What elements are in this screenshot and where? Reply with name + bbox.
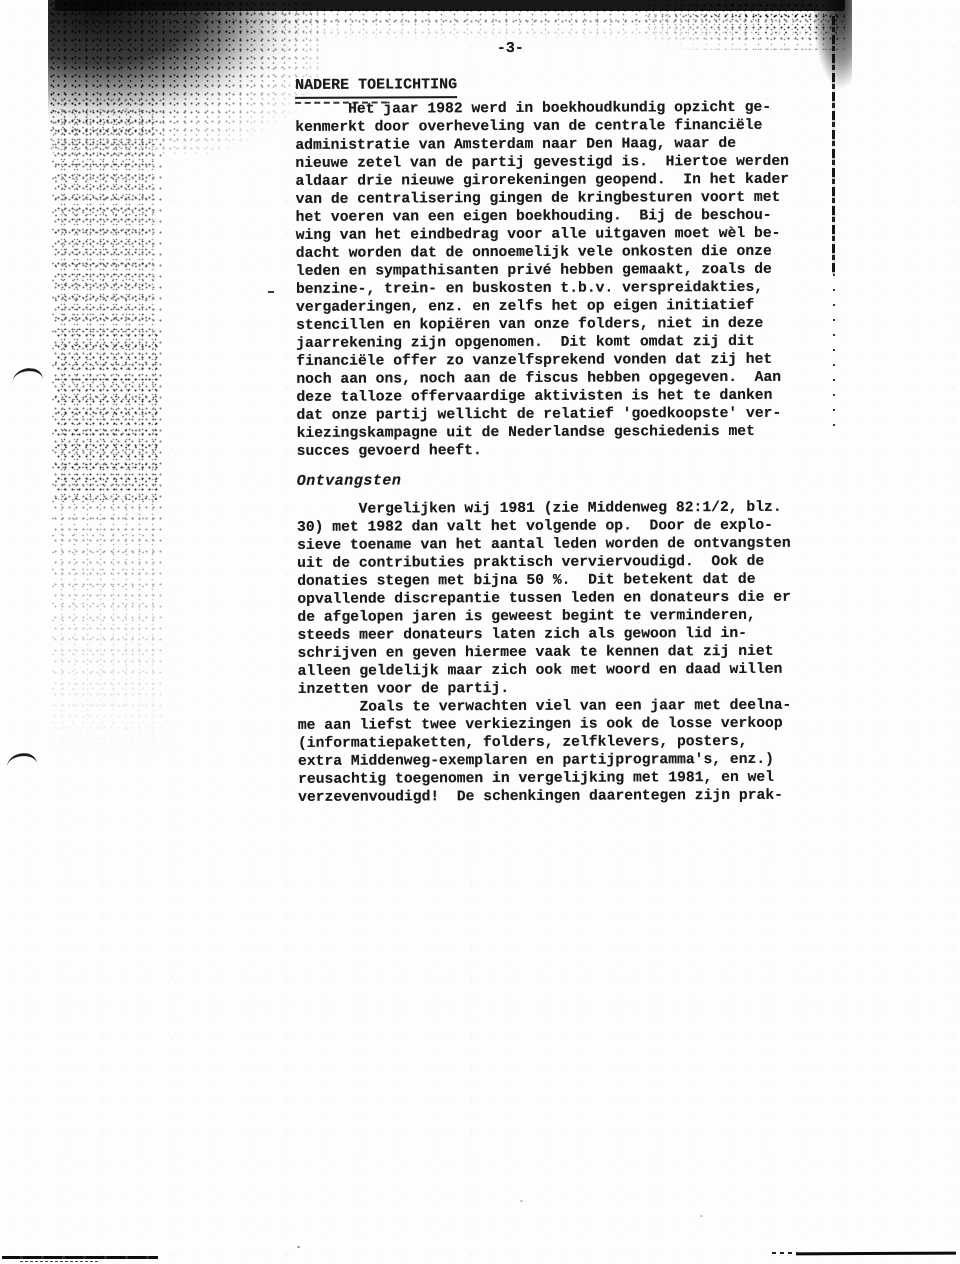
scan-bottom-left-rule <box>2 1256 158 1259</box>
scanned-document-page: -3- NADERE TOELICHTING Het jaar 1982 wer… <box>0 0 960 1264</box>
scan-bottom-right-rule <box>796 1252 956 1256</box>
subheading-ontvangsten: Ontvangsten <box>297 472 402 490</box>
paragraph-ontvangsten: Vergelijken wij 1981 (zie Middenweg 82:1… <box>297 499 792 807</box>
scan-right-vertical-dots <box>833 274 835 434</box>
section-heading: NADERE TOELICHTING <box>295 76 457 99</box>
scan-margin-curve-mark-1 <box>13 367 44 384</box>
scan-right-vertical-line <box>832 16 835 274</box>
scan-speck-dot <box>297 1246 300 1248</box>
scan-bottom-right-rule-dashes <box>772 1252 798 1254</box>
page-number: -3- <box>497 40 524 58</box>
scan-bottom-left-rule-dashes <box>20 1261 98 1262</box>
scan-margin-tick <box>268 291 274 293</box>
scan-speck-dot <box>520 1200 523 1202</box>
scan-left-margin-speckle-upper <box>55 115 155 330</box>
scan-margin-curve-mark-2 <box>7 752 38 768</box>
scan-speck-dot <box>700 1215 703 1217</box>
paragraph-boekhouding: Het jaar 1982 werd in boekhoudkundig opz… <box>295 99 790 461</box>
scan-left-margin-speckle-dense <box>55 330 160 500</box>
